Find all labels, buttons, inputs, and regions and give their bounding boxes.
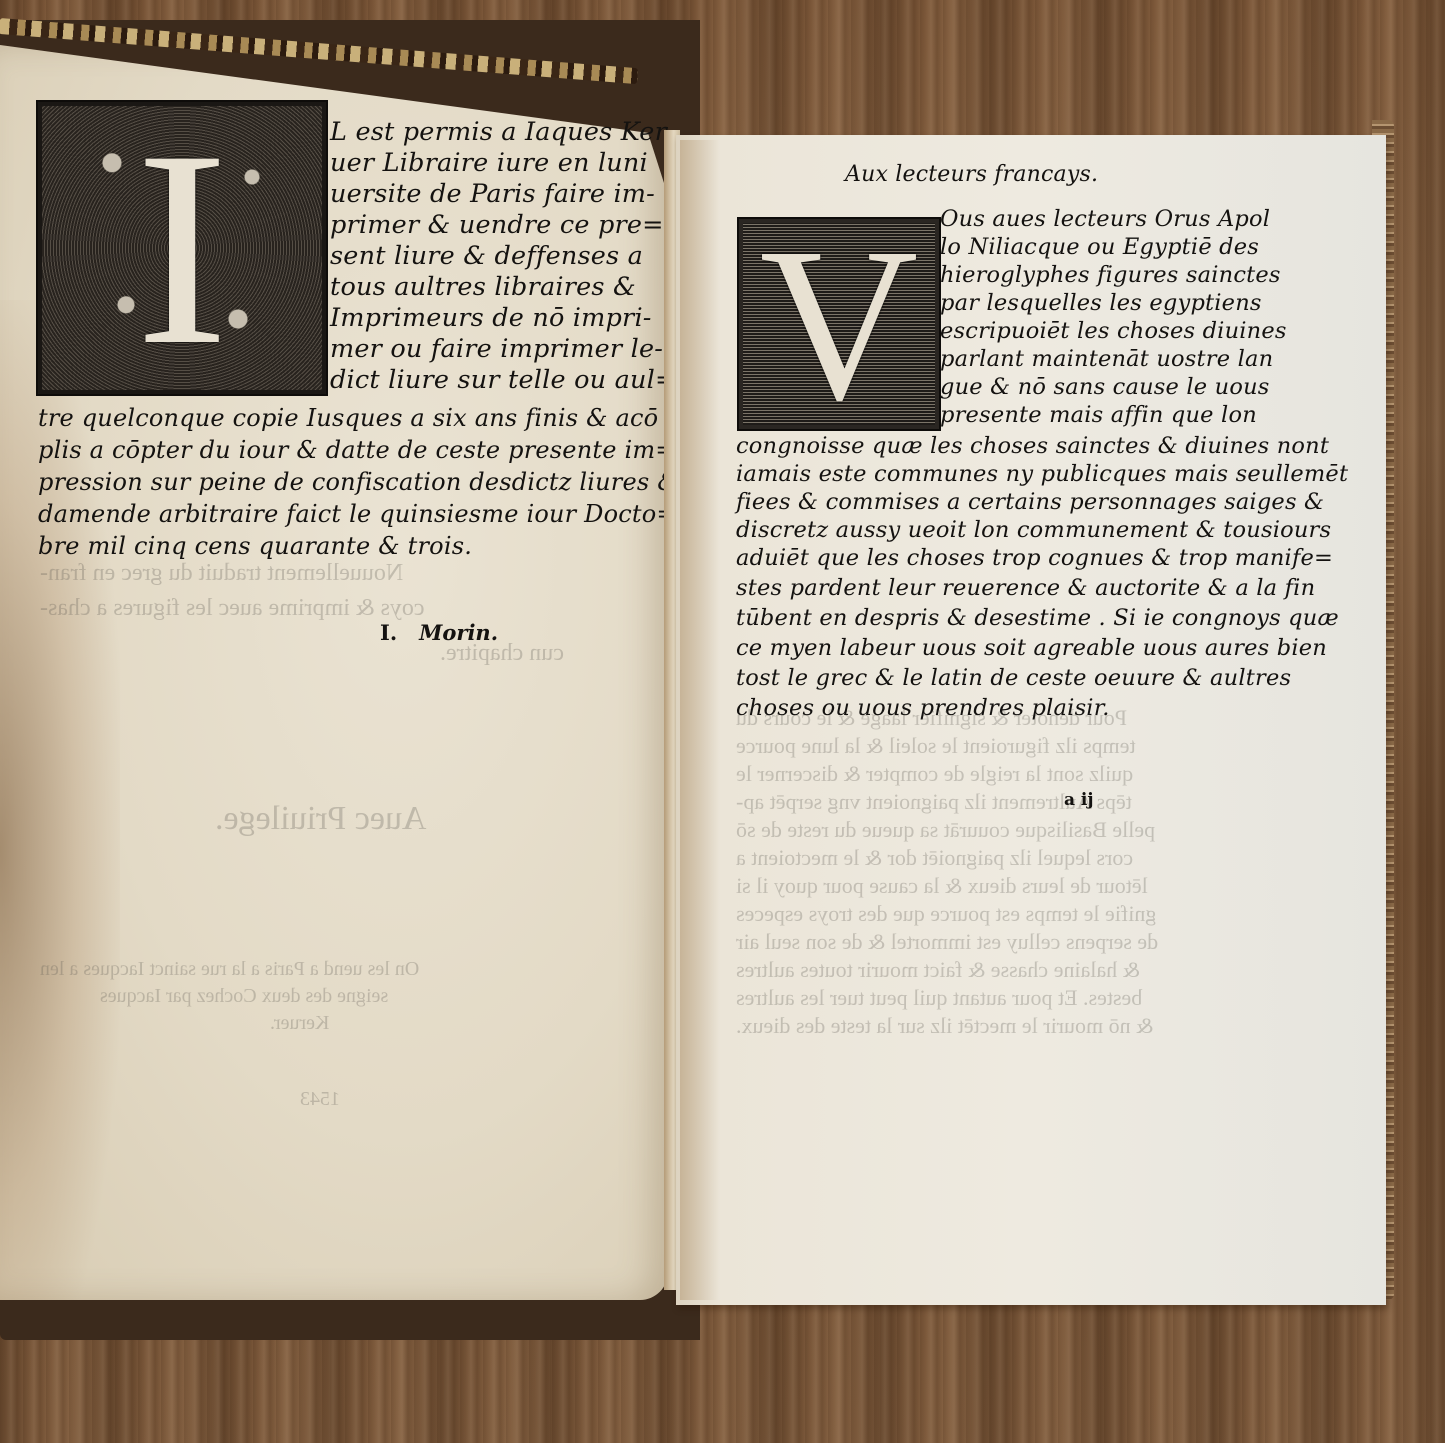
open-book: Nouuellement traduit du grec en fran- co… [0, 0, 1445, 1443]
preface-line: lo Niliacque ou Egyptiē des [940, 233, 1259, 261]
show-through-line: de serpens celluy est immortel & de son … [736, 929, 1158, 955]
show-through-line: pelle Basilisque couurāt sa queue du res… [736, 817, 1155, 843]
privilege-line: damende arbitraire faict le quinsiesme i… [38, 499, 677, 529]
preface-line: presente mais affin que lon [940, 401, 1257, 429]
privilege-line: tous aultres libraires & [330, 272, 636, 302]
preface-line: par lesquelles les egyptiens [940, 289, 1262, 317]
preface-line: gue & nō sans cause le uous [940, 373, 1270, 401]
show-through-line: gnifie le temps est pource que des troys… [736, 901, 1156, 927]
preface-line: discretz aussy ueoit lon communement & t… [736, 516, 1331, 544]
section-heading: Aux lecteurs francays. [845, 162, 1098, 187]
privilege-line: primer & uendre ce pre= [330, 210, 664, 240]
privilege-line: tre quelconque copie Iusques a six ans f… [38, 403, 658, 433]
folio-signature: a ij [1064, 790, 1094, 810]
signature-name: Morin. [419, 620, 498, 645]
show-through-colophon: On les uend a Paris a la rue sainct Iacq… [40, 958, 419, 981]
privilege-line: bre mil cinq cens quarante & trois. [38, 531, 472, 561]
show-through-line: coys & imprime auec les figures a chas- [40, 595, 425, 622]
preface-line: parlant maintenāt uostre lan [940, 345, 1273, 373]
privilege-line: pression sur peine de confiscation desdi… [38, 467, 679, 497]
page-fold-shadow [680, 140, 720, 1300]
privilege-line: dict liure sur telle ou aul= [330, 365, 677, 395]
privilege-line: Imprimeurs de nō impri- [330, 303, 652, 333]
signature-initial: I. [380, 620, 397, 645]
show-through-line: & nō mourir le mectēt ilz sur la teste d… [736, 1013, 1153, 1039]
show-through-line: & halaine chasse & faict mourir toutes a… [736, 957, 1140, 983]
preface-line: tūbent en despris & desestime . Si ie co… [736, 604, 1339, 632]
initial-letter: I [135, 108, 228, 388]
privilege-line: L est permis a Iaques Ker [330, 117, 667, 147]
preface-line: escripuoiēt les choses diuines [940, 317, 1287, 345]
signature: I.Morin. [380, 620, 498, 645]
show-through-line: cors lequel ilz paignoiēt dor & le mecto… [736, 845, 1133, 871]
preface-line: tost le grec & le latin de ceste oeuure … [736, 664, 1291, 692]
initial-letter: V [760, 224, 919, 424]
woodcut-initial-v: V [737, 217, 941, 431]
privilege-line: mer ou faire imprimer le- [330, 334, 663, 364]
show-through-line: Nouuellement traduit du grec en fran- [40, 560, 403, 587]
show-through-line: quilz sont la reigle de compter & discer… [736, 761, 1133, 787]
preface-line: ce myen labeur uous soit agreable uous a… [736, 634, 1327, 662]
preface-line: stes pardent leur reuerence & auctorite … [736, 574, 1315, 602]
preface-line: iamais este communes ny publicques mais … [736, 460, 1348, 488]
preface-line: Ous aues lecteurs Orus Apol [940, 205, 1270, 233]
show-through-colophon: seigne des deux Cochez par Iacques [100, 985, 388, 1008]
show-through-line: lētour de leurs dieux & la cause pour qu… [736, 873, 1148, 899]
preface-line: congnoisse quæ les choses sainctes & diu… [736, 432, 1329, 460]
show-through-year: 1543 [300, 1088, 340, 1111]
woodcut-initial-i: I [36, 100, 328, 396]
privilege-line: uersite de Paris faire im- [330, 179, 655, 209]
show-through-line: bestes. Et pour autant quil peut tuer le… [736, 985, 1142, 1011]
preface-line: aduiēt que les choses trop cognues & tro… [736, 544, 1333, 572]
privilege-line: sent liure & deffenses a [330, 241, 643, 271]
show-through-line: temps ilz figuroient le soleil & la lune… [736, 733, 1136, 759]
show-through-privilege: Auec Priuilege. [215, 800, 427, 838]
privilege-line: plis a cōpter du iour & datte de ceste p… [38, 435, 676, 465]
preface-line: hieroglyphes figures sainctes [940, 261, 1281, 289]
preface-line: fiees & commises a certains personnages … [736, 488, 1324, 516]
privilege-line: uer Libraire iure en luni [330, 148, 648, 178]
show-through-colophon: Keruer. [270, 1012, 329, 1035]
preface-line: choses ou uous prendres plaisir. [736, 694, 1110, 722]
